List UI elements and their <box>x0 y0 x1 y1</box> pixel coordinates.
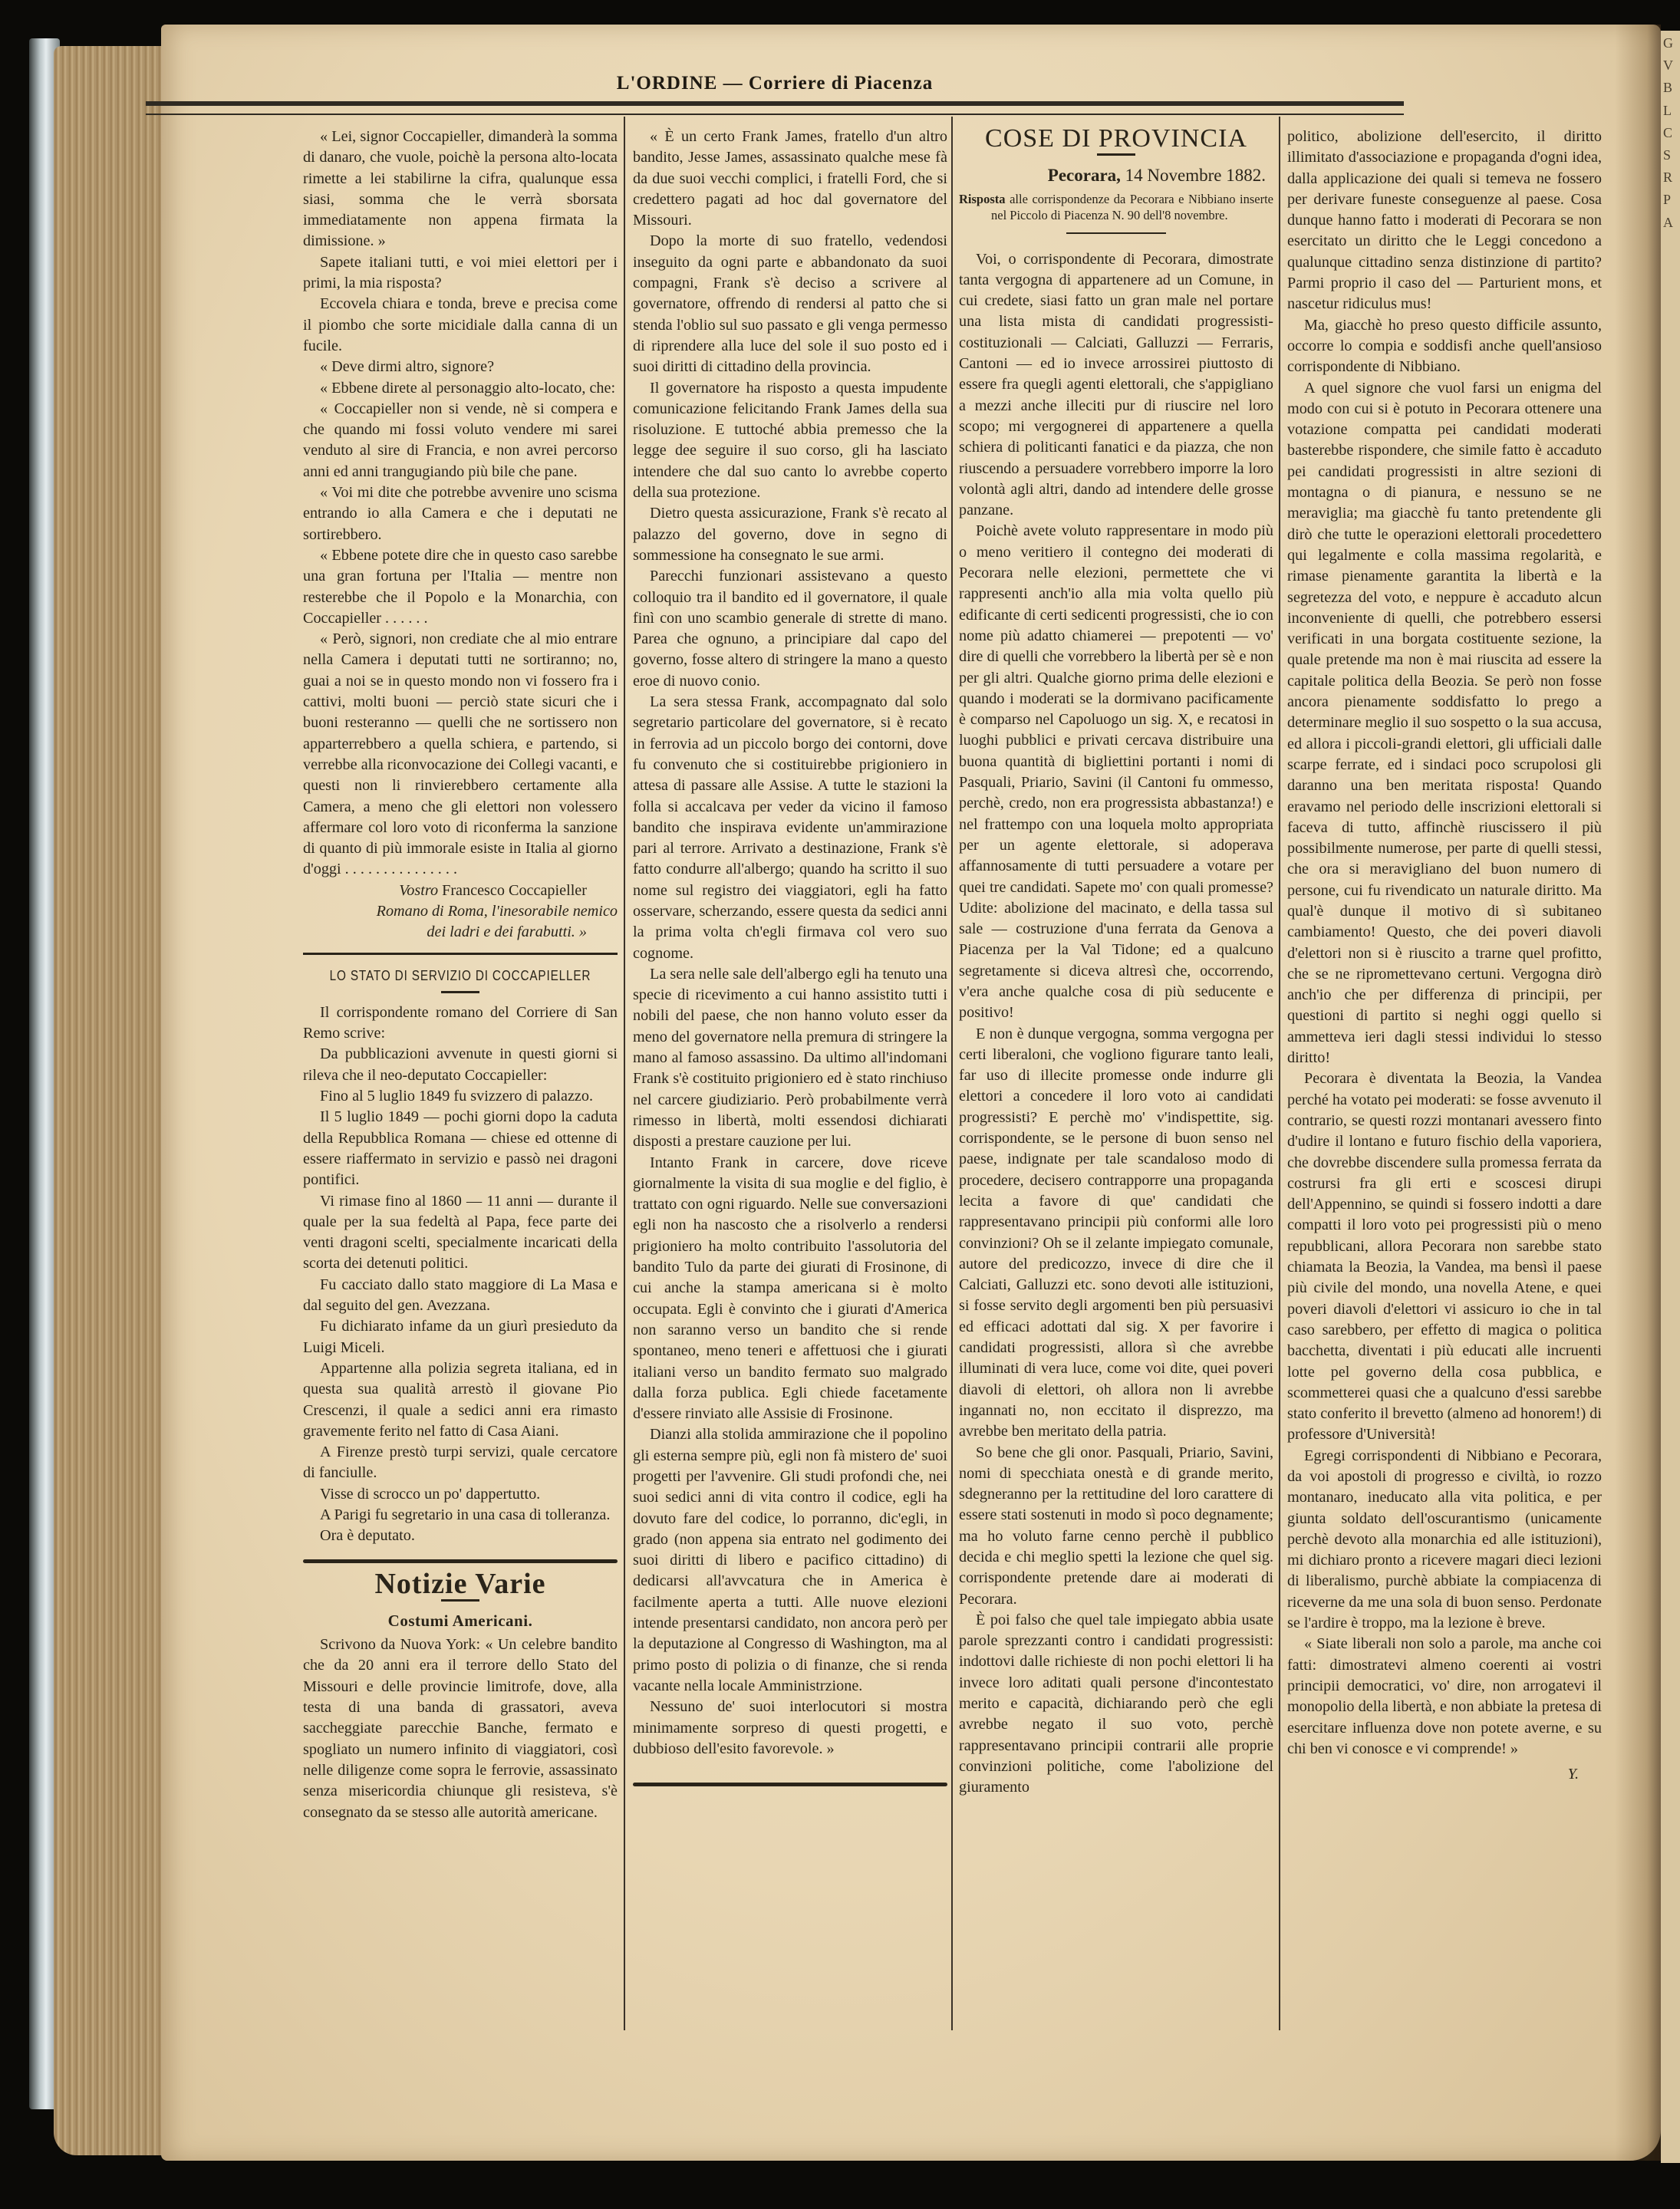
paragraph: « Deve dirmi altro, signore? <box>303 357 618 377</box>
section-rule <box>633 1783 947 1786</box>
edge-letter: B <box>1663 78 1680 97</box>
paragraph: Parecchi funzionari assistevano a questo… <box>633 566 947 692</box>
paragraph: Eccovela chiara e tonda, breve e precisa… <box>303 294 618 357</box>
letter-signature: Vostro Francesco Coccapieller Romano di … <box>303 881 618 943</box>
edge-letter: P <box>1663 190 1680 209</box>
paragraph: Nessuno de' suoi interlocutori si mostra… <box>633 1697 947 1760</box>
section-rule <box>303 953 618 955</box>
paragraph: Pecorara è diventata la Beozia, la Vande… <box>1287 1068 1602 1445</box>
facing-page-edge: G V B L C S R P A <box>1661 31 1680 2163</box>
paragraph: « È un certo Frank James, fratello d'un … <box>633 127 947 231</box>
edge-letter: S <box>1663 146 1680 165</box>
column-divider <box>624 117 625 2030</box>
dateline-date: 14 Novembre 1882. <box>1125 166 1266 185</box>
paragraph: Appartenne alla polizia segreta italiana… <box>303 1358 618 1442</box>
title-rule <box>1066 232 1166 234</box>
paragraph: « Ebbene potete dire che in questo caso … <box>303 545 618 629</box>
paragraph: Scrivono da Nuova York: « Un celebre ban… <box>303 1635 618 1823</box>
signature-name: Francesco Coccapieller <box>442 882 587 899</box>
section-title: COSE DI PROVINCIA <box>959 128 1273 149</box>
paragraph: So bene che gli onor. Pasquali, Priario,… <box>959 1443 1273 1610</box>
paragraph: « Lei, signor Coccapieller, dimanderà la… <box>303 127 618 252</box>
paragraph: La sera stessa Frank, accompagnato dal s… <box>633 692 947 964</box>
title-rule <box>441 991 479 993</box>
paragraph: Il 5 luglio 1849 — pochi giorni dopo la … <box>303 1107 618 1190</box>
paragraph: Ora è deputato. <box>303 1526 618 1546</box>
edge-letter: L <box>1663 101 1680 120</box>
section-title: Notizie Varie <box>303 1574 618 1595</box>
paragraph: A Parigi fu segretario in una casa di to… <box>303 1505 618 1526</box>
paragraph: « Siate liberali non solo a parole, ma a… <box>1287 1634 1602 1760</box>
paragraph: A quel signore che vuol farsi un enigma … <box>1287 378 1602 1069</box>
column-2: « È un certo Frank James, fratello d'un … <box>633 127 947 1794</box>
page-gutter-shadow <box>1615 25 1661 2161</box>
paragraph: Il governatore ha risposto a questa impu… <box>633 378 947 504</box>
article-subtitle: Risposta alle corrispondenze da Pecorara… <box>959 191 1273 223</box>
paragraph: Egregi corrispondenti di Nibbiano e Peco… <box>1287 1446 1602 1635</box>
masthead-rule <box>146 101 1404 115</box>
paragraph: « Però, signori, non crediate che al mio… <box>303 629 618 881</box>
edge-letter: C <box>1663 123 1680 143</box>
article-signature: Y. <box>1287 1764 1602 1785</box>
paragraph: A Firenze prestò turpi servizi, quale ce… <box>303 1442 618 1484</box>
paragraph: Dopo la morte di suo fratello, vedendosi… <box>633 231 947 377</box>
edge-letter: V <box>1663 56 1680 75</box>
paragraph: « Coccapieller non si vende, nè si compe… <box>303 399 618 482</box>
subtitle-label: Risposta <box>959 192 1006 206</box>
edge-letter: A <box>1663 213 1680 232</box>
paragraph: Poichè avete voluto rappresentare in mod… <box>959 521 1273 1023</box>
newspaper-title: L'ORDINE — Corriere di Piacenza <box>617 73 933 94</box>
paragraph: Ma, giacchè ho preso questo difficile as… <box>1287 315 1602 378</box>
paragraph: Fino al 5 luglio 1849 fu svizzero di pal… <box>303 1086 618 1107</box>
paragraph: La sera nelle sale dell'albergo egli ha … <box>633 964 947 1153</box>
paragraph: È poi falso che quel tale impiegato abbi… <box>959 1610 1273 1799</box>
signature-line: Romano di Roma, l'inesorabile nemico <box>303 901 618 922</box>
dateline: Pecorara, 14 Novembre 1882. <box>959 165 1266 186</box>
paragraph: Sapete italiani tutti, e voi miei eletto… <box>303 252 618 295</box>
paragraph: Visse di scrocco un po' dappertutto. <box>303 1484 618 1505</box>
edge-letter: R <box>1663 168 1680 187</box>
paragraph: Il corrispondente romano del Corriere di… <box>303 1002 618 1045</box>
paragraph: E non è dunque vergogna, somma vergogna … <box>959 1024 1273 1443</box>
title-rule <box>1097 153 1135 156</box>
book-page-block <box>54 46 165 2155</box>
signature-line: dei ladri e dei farabutti. » <box>303 922 618 943</box>
column-divider <box>1279 117 1280 2030</box>
paragraph: Voi, o corrispondente di Pecorara, dimos… <box>959 249 1273 522</box>
paragraph: Dianzi alla stolida ammirazione che il p… <box>633 1424 947 1697</box>
dateline-place: Pecorara, <box>1048 166 1121 185</box>
article-title: Costumi Americani. <box>303 1611 618 1631</box>
column-3: COSE DI PROVINCIA Pecorara, 14 Novembre … <box>959 127 1273 1799</box>
column-divider <box>951 117 953 2030</box>
paragraph: « Ebbene direte al personaggio alto-loca… <box>303 378 618 399</box>
paragraph: politico, abolizione dell'esercito, il d… <box>1287 127 1602 315</box>
paragraph: Vi rimase fino al 1860 — 11 anni — duran… <box>303 1191 618 1275</box>
paragraph: Intanto Frank in carcere, dove riceve gi… <box>633 1153 947 1425</box>
paragraph: Fu dichiarato infame da un giurì presied… <box>303 1316 618 1358</box>
edge-letter: G <box>1663 34 1680 53</box>
paragraph: Fu cacciato dallo stato maggiore di La M… <box>303 1275 618 1317</box>
section-rule <box>303 1559 618 1563</box>
subtitle-text: alle corrispondenze da Pecorara e Nibbia… <box>991 192 1273 222</box>
paragraph: Dietro questa assicurazione, Frank s'è r… <box>633 503 947 566</box>
masthead: L'ORDINE — Corriere di Piacenza <box>142 73 1408 94</box>
paragraph: Da pubblicazioni avvenute in questi gior… <box>303 1044 618 1086</box>
section-title: LO STATO DI SERVIZIO DI COCCAPIELLER <box>327 966 595 986</box>
paragraph: « Voi mi dite che potrebbe avvenire uno … <box>303 482 618 545</box>
signature-prefix: Vostro <box>399 882 438 899</box>
column-4: politico, abolizione dell'esercito, il d… <box>1287 127 1602 1785</box>
column-1: « Lei, signor Coccapieller, dimanderà la… <box>303 127 618 1823</box>
